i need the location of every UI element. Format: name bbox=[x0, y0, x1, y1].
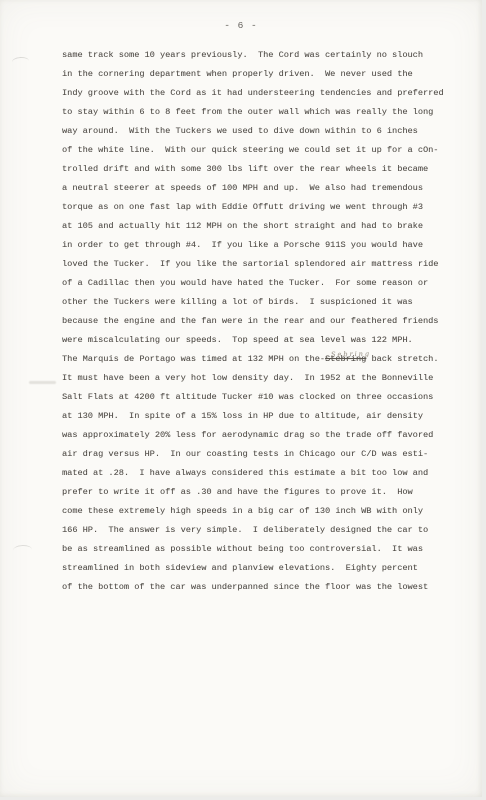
text-line: of the white line. With our quick steeri… bbox=[62, 141, 457, 160]
text-line: of the bottom of the car was underpanned… bbox=[62, 578, 457, 597]
text-before-correction: The Marquis de Portago was timed at 132 … bbox=[62, 354, 325, 364]
margin-pencil-dash bbox=[29, 381, 56, 384]
margin-smudge-mark bbox=[12, 56, 30, 66]
text-line: loved the Tucker. If you like the sartor… bbox=[62, 255, 457, 274]
page-number: - 6 - bbox=[0, 20, 482, 31]
text-line: torque as on one fast lap with Eddie Off… bbox=[62, 198, 457, 217]
text-line: 166 HP. The answer is very simple. I del… bbox=[62, 521, 457, 540]
text-line: of a Cadillac then you would have hated … bbox=[62, 274, 457, 293]
text-line: air drag versus HP. In our coasting test… bbox=[62, 445, 457, 464]
text-line: were miscalculating our speeds. Top spee… bbox=[62, 331, 457, 350]
text-line: at 105 and actually hit 112 MPH on the s… bbox=[62, 217, 457, 236]
text-line: way around. With the Tuckers we used to … bbox=[62, 122, 457, 141]
text-line: because the engine and the fan were in t… bbox=[62, 312, 457, 331]
text-line: trolled drift and with some 300 lbs lift… bbox=[62, 160, 457, 179]
text-line: at 130 MPH. In spite of a 15% loss in HP… bbox=[62, 407, 457, 426]
text-after-correction: back stretch. bbox=[366, 354, 438, 364]
text-line: prefer to write it off as .30 and have t… bbox=[62, 483, 457, 502]
margin-smudge-mark bbox=[13, 545, 32, 556]
paper-sheet: - 6 - same track some 10 years previousl… bbox=[0, 0, 482, 797]
text-line: other the Tuckers were killing a lot of … bbox=[62, 293, 457, 312]
text-line: come these extremely high speeds in a bi… bbox=[62, 502, 457, 521]
text-line: in order to get through #4. If you like … bbox=[62, 236, 457, 255]
text-line: be as streamlined as possible without be… bbox=[62, 540, 457, 559]
text-line: in the cornering department when properl… bbox=[62, 65, 457, 84]
text-line: same track some 10 years previously. The… bbox=[62, 46, 457, 65]
text-line: streamlined in both sideview and planvie… bbox=[62, 559, 457, 578]
text-line: was approximately 20% less for aerodynam… bbox=[62, 426, 457, 445]
text-line: It must have been a very hot low density… bbox=[62, 369, 457, 388]
text-line: mated at .28. I have always considered t… bbox=[62, 464, 457, 483]
struck-word: StebringSebring bbox=[325, 354, 366, 364]
text-line: a neutral steerer at speeds of 100 MPH a… bbox=[62, 179, 457, 198]
text-line: to stay within 6 to 8 feet from the oute… bbox=[62, 103, 457, 122]
text-line: Indy groove with the Cord as it had unde… bbox=[62, 84, 457, 103]
text-line: Salt Flats at 4200 ft altitude Tucker #1… bbox=[62, 388, 457, 407]
text-line: The Marquis de Portago was timed at 132 … bbox=[62, 350, 457, 369]
scanned-document-page: - 6 - same track some 10 years previousl… bbox=[0, 0, 486, 800]
typed-text-block: same track some 10 years previously. The… bbox=[62, 46, 457, 597]
handwritten-correction: Sebring bbox=[331, 345, 371, 365]
